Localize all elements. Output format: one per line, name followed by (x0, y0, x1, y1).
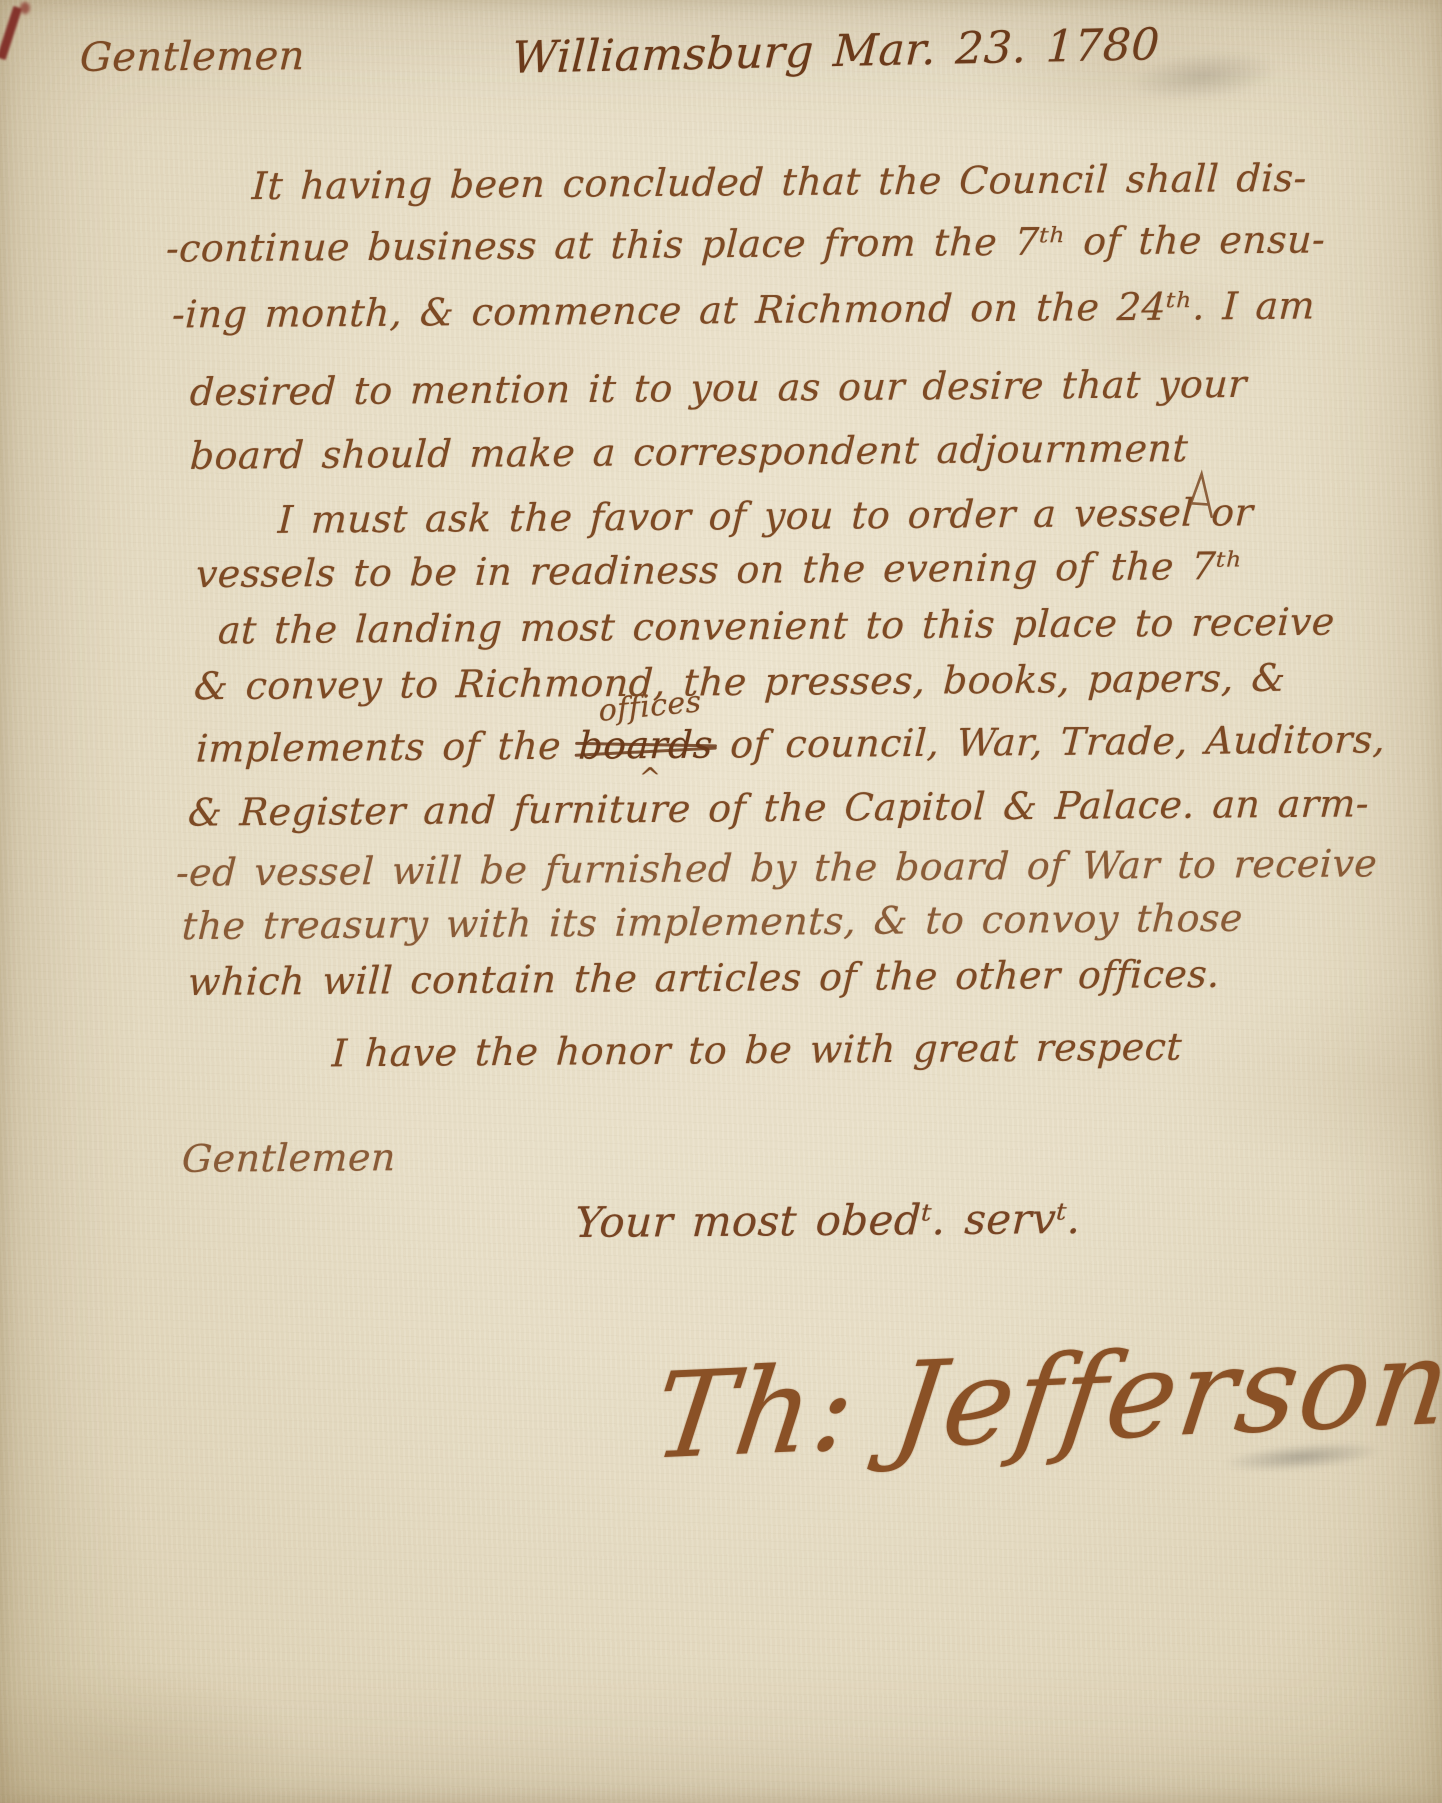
manuscript-line: -ed vessel will be furnished by the boar… (175, 841, 1378, 894)
valediction: Your most obedᵗ. servᵗ. (574, 1194, 1082, 1247)
salutation: Gentlemen (79, 33, 306, 81)
manuscript-line: I must ask the favor of you to order a v… (277, 490, 1254, 542)
closing-salutation: Gentlemen (181, 1135, 397, 1181)
dateline: Williamsburg Mar. 23. 1780 (511, 19, 1161, 84)
correction-text-before: implements of the (195, 724, 579, 771)
manuscript-line-with-correction: implements of the officesboards^ of coun… (195, 717, 1386, 770)
ink-arrowhead-mark (1176, 464, 1226, 529)
manuscript-line: It having been concluded that the Counci… (251, 156, 1308, 208)
manuscript-line: -continue business at this place from th… (165, 217, 1326, 270)
manuscript-line: & Register and furniture of the Capitol … (187, 781, 1370, 834)
manuscript-letter-page: Gentlemen Williamsburg Mar. 23. 1780 It … (0, 0, 1442, 1803)
correction-struck-word: boards (578, 723, 714, 768)
manuscript-line: which will contain the articles of the o… (187, 952, 1221, 1004)
manuscript-line: -ing month, & commence at Richmond on th… (171, 284, 1316, 337)
manuscript-line: desired to mention it to you as our desi… (189, 362, 1248, 414)
closing-line: I have the honor to be with great respec… (331, 1025, 1183, 1076)
binding-mark-dot (20, 2, 30, 14)
manuscript-line: at the landing most convenient to this p… (217, 600, 1336, 653)
correction-wrap: officesboards^ (578, 723, 714, 768)
manuscript-line: the treasury with its implements, & to c… (181, 896, 1244, 948)
binding-mark (0, 6, 22, 60)
correction-text-after: of council, War, Trade, Auditors, (712, 717, 1386, 766)
manuscript-line: board should make a correspondent adjour… (189, 426, 1189, 478)
manuscript-line: & convey to Richmond, the presses, books… (193, 656, 1287, 709)
manuscript-line: vessels to be in readiness on the evenin… (195, 544, 1244, 596)
